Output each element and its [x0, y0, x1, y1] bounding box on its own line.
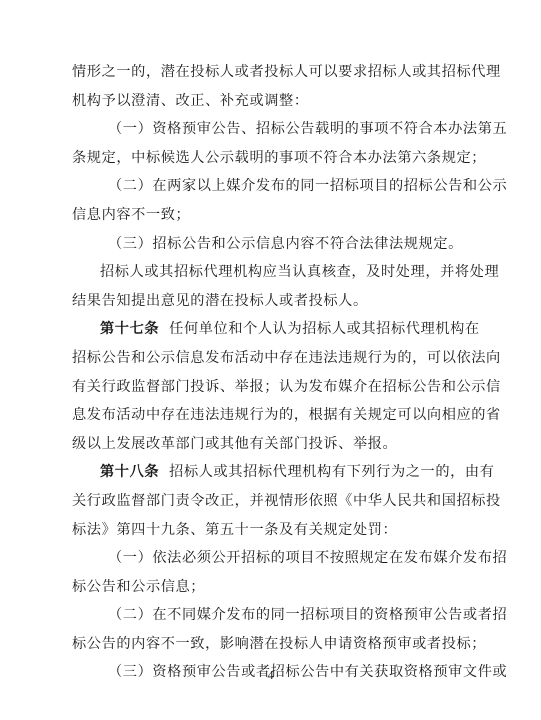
- text-line: 有关行政监督部门投诉、举报；认为发布媒介在招标公告和公示信: [72, 373, 474, 402]
- article-heading-17: 第十七条: [100, 321, 159, 337]
- text-span: 任何单位和个人认为招标人或其招标代理机构在: [169, 321, 480, 337]
- text-line: 机构予以澄清、改正、补充或调整：: [72, 87, 474, 116]
- text-line: 信息内容不一致；: [72, 201, 474, 230]
- page-number: 4: [0, 668, 541, 683]
- text-line: 情形之一的，潜在投标人或者投标人可以要求招标人或其招标代理: [72, 58, 474, 87]
- list-item-line: （三）招标公告和公示信息内容不符合法律法规规定。: [72, 230, 474, 259]
- text-line: 息发布活动中存在违法违规行为的，根据有关规定可以向相应的省: [72, 401, 474, 430]
- list-item-line: （一）资格预审公告、招标公告载明的事项不符合本办法第五: [72, 115, 474, 144]
- text-line: 标公告和公示信息；: [72, 573, 474, 602]
- text-line: 结果告知提出意见的潜在投标人或者投标人。: [72, 287, 474, 316]
- article-18-first-line: 第十八条招标人或其招标代理机构有下列行为之一的，由有: [72, 458, 474, 487]
- text-line: 级以上发展改革部门或其他有关部门投诉、举报。: [72, 430, 474, 459]
- article-heading-18: 第十八条: [100, 464, 159, 480]
- text-line: 招标公告和公示信息发布活动中存在违法违规行为的，可以依法向: [72, 344, 474, 373]
- article-17-first-line: 第十七条任何单位和个人认为招标人或其招标代理机构在: [72, 315, 474, 344]
- text-line: 条规定，中标候选人公示载明的事项不符合本办法第六条规定；: [72, 144, 474, 173]
- text-line: 标公告的内容不一致，影响潜在投标人申请资格预审或者投标；: [72, 630, 474, 659]
- list-item-line: （一）依法必须公开招标的项目不按照规定在发布媒介发布招: [72, 544, 474, 573]
- document-page: 情形之一的，潜在投标人或者投标人可以要求招标人或其招标代理 机构予以澄清、改正、…: [72, 58, 474, 687]
- text-span: 招标人或其招标代理机构有下列行为之一的，由有: [169, 464, 494, 480]
- text-line: 关行政监督部门责令改正，并视情形依照《中华人民共和国招标投: [72, 487, 474, 516]
- list-item-line: （二）在不同媒介发布的同一招标项目的资格预审公告或者招: [72, 601, 474, 630]
- list-item-line: （二）在两家以上媒介发布的同一招标项目的招标公告和公示: [72, 172, 474, 201]
- text-line: 标法》第四十九条、第五十一条及有关规定处罚：: [72, 516, 474, 545]
- paragraph-line: 招标人或其招标代理机构应当认真核查，及时处理，并将处理: [72, 258, 474, 287]
